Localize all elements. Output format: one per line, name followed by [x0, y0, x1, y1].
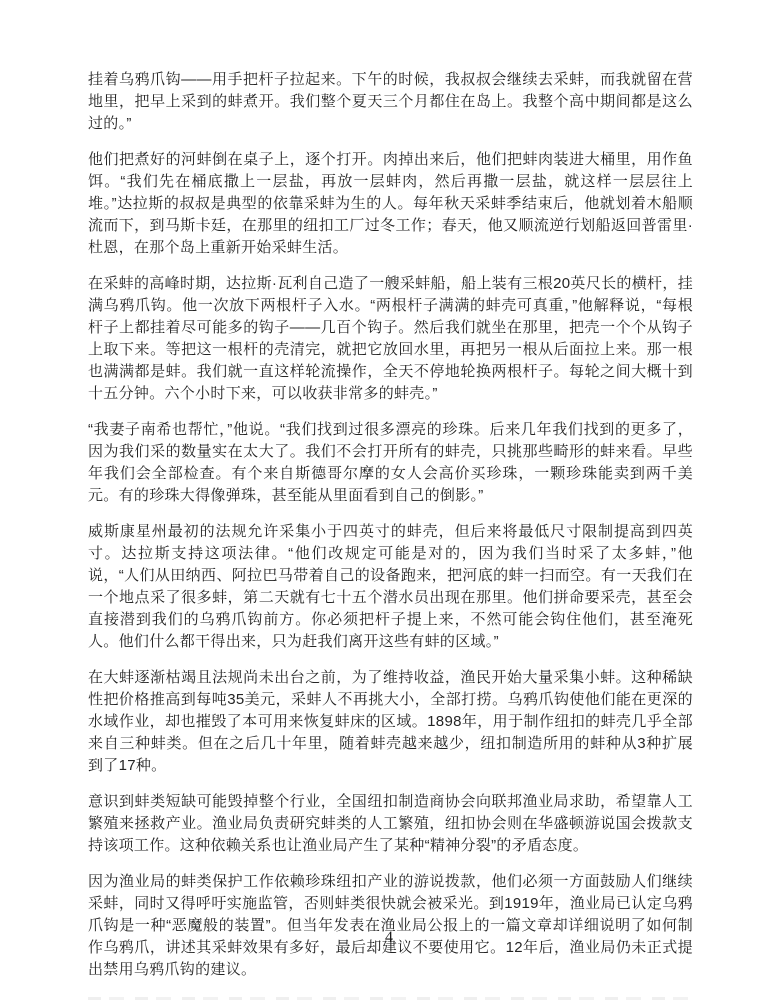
paragraph: 因为渔业局的蚌类保护工作依赖珍珠纽扣产业的游说拨款，他们必须一方面鼓励人们继续采…	[88, 871, 693, 981]
paragraph: 在大蚌逐渐枯竭且法规尚未出台之前，为了维持收益，渔民开始大量采集小蚌。这种稀缺性…	[88, 667, 693, 777]
page-number: 4	[0, 929, 778, 947]
document-page: 挂着乌鸦爪钩——用手把杆子拉起来。下午的时候，我叔叔会继续去采蚌，而我就留在营地…	[0, 0, 778, 1000]
paragraph: 意识到蚌类短缺可能毁掉整个行业，全国纽扣制造商协会向联邦渔业局求助，希望靠人工繁…	[88, 791, 693, 857]
paragraph: “我妻子南希也帮忙，”他说。“我们找到过很多漂亮的珍珠。后来几年我们找到的更多了…	[88, 419, 693, 507]
paragraph: 威斯康星州最初的法规允许采集小于四英寸的蚌壳，但后来将最低尺寸限制提高到四英寸。…	[88, 521, 693, 653]
text-column: 挂着乌鸦爪钩——用手把杆子拉起来。下午的时候，我叔叔会继续去采蚌，而我就留在营地…	[88, 69, 693, 995]
paragraph: 他们把煮好的河蚌倒在桌子上，逐个打开。肉掉出来后，他们把蚌肉装进大桶里，用作鱼饵…	[88, 149, 693, 259]
paragraph: 在采蚌的高峰时期，达拉斯·瓦利自己造了一艘采蚌船，船上装有三根20英尺长的横杆，…	[88, 273, 693, 405]
paragraph: 挂着乌鸦爪钩——用手把杆子拉起来。下午的时候，我叔叔会继续去采蚌，而我就留在营地…	[88, 69, 693, 135]
